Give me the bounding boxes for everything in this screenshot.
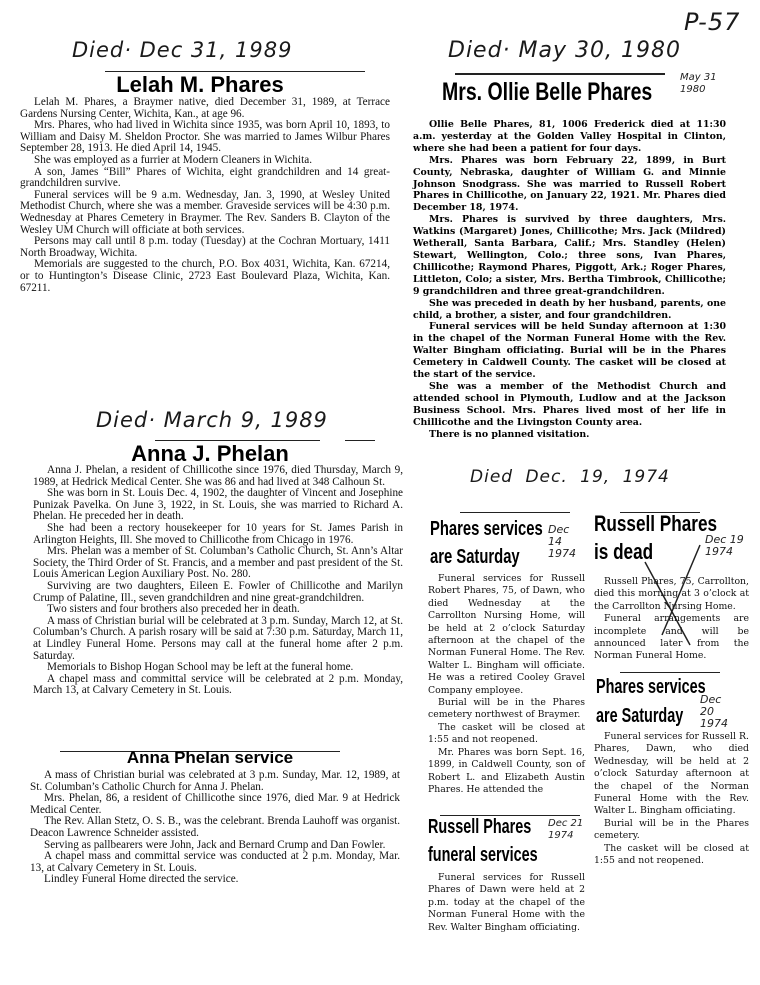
paragraph: She was born in St. Louis Dec. 4, 1902, … [33, 488, 403, 523]
paragraph: Funeral services for Russell Robert Phar… [428, 573, 585, 697]
paragraph: Lelah M. Phares, a Braymer native, died … [20, 97, 390, 120]
obituary-body-lelah: Lelah M. Phares, a Braymer native, died … [20, 97, 390, 294]
handwritten-date-russell: Died Dec. 19, 1974 [470, 468, 670, 486]
obituary-body-phares-saturday-1: Funeral services for Russell Robert Phar… [428, 573, 585, 796]
headline-line: Russell Phares [594, 510, 717, 538]
paragraph: Mrs. Phares is survived by three daughte… [413, 214, 726, 297]
margin-note-phares-saturday-2: Dec 20 1974 [700, 694, 736, 730]
headline-line: Phares services [430, 515, 543, 543]
margin-note-ollie: May 31 1980 [680, 72, 720, 96]
paragraph: Surviving are two daughters, Eileen E. F… [33, 581, 403, 604]
headline-lelah: Lelah M. Phares [60, 72, 340, 98]
paragraph: Funeral arrangements are incomplete and … [594, 613, 749, 663]
obituary-body-ollie: Ollie Belle Phares, 81, 1006 Frederick d… [413, 119, 726, 440]
paragraph: Funeral services will be held Sunday aft… [413, 321, 726, 381]
divider [460, 512, 570, 513]
paragraph: Mr. Phares was born Sept. 16, 1899, in C… [428, 747, 585, 797]
paragraph: The casket will be closed at 1:55 and no… [594, 843, 749, 868]
obituary-body-phares-saturday-2: Funeral services for Russell R. Phares, … [594, 731, 749, 867]
paragraph: Burial will be in the Phares cemetery. [594, 818, 749, 843]
divider [345, 440, 375, 441]
paragraph: A mass of Christian burial will be celeb… [33, 616, 403, 662]
paragraph: Burial will be in the Phares cemetery no… [428, 697, 585, 722]
margin-note-russell-dead: Dec 19 1974 [705, 534, 745, 558]
headline-russell-funeral: Russell Phares funeral services [428, 813, 538, 869]
divider [455, 73, 665, 75]
headline-line: are Saturday [596, 702, 706, 731]
headline-line: are Saturday [430, 543, 543, 571]
paragraph: She had been a rectory housekeeper for 1… [33, 523, 403, 546]
paragraph: Anna J. Phelan, a resident of Chillicoth… [33, 465, 403, 488]
headline-phares-saturday-2: Phares services are Saturday [596, 673, 706, 731]
headline-line: Russell Phares [428, 813, 538, 841]
paragraph: Memorials to Bishop Hogan School may be … [33, 662, 403, 674]
paragraph: A chapel mass and committal service will… [33, 674, 403, 697]
headline-ollie: Mrs. Ollie Belle Phares [442, 78, 652, 107]
obituary-body-russell-dead: Russell Phares, 75, Carrollton, died thi… [594, 576, 749, 663]
paragraph: Mrs. Phelan, 86, a resident of Chillicot… [30, 793, 400, 816]
paragraph: A son, James “Bill” Phares of Wichita, e… [20, 167, 390, 190]
page-marker: P-57 [684, 8, 740, 36]
paragraph: Russell Phares, 75, Carrollton, died thi… [594, 576, 749, 613]
headline-phares-saturday-1: Phares services are Saturday [430, 515, 543, 571]
paragraph: Funeral services for Russell R. Phares, … [594, 731, 749, 818]
handwritten-date-ollie: Died· May 30, 1980 [448, 38, 681, 63]
paragraph: Funeral services for Russell Phares of D… [428, 872, 585, 934]
paragraph: She was employed as a furrier at Modern … [20, 155, 390, 167]
margin-note-phares-saturday-1: Dec 14 1974 [548, 524, 584, 560]
paragraph: Two sisters and four brothers also prece… [33, 604, 403, 616]
paragraph: Memorials are suggested to the church, P… [20, 259, 390, 294]
headline-line: Phares services [596, 673, 706, 702]
paragraph: There is no planned visitation. [413, 429, 726, 441]
paragraph: A mass of Christian burial was celebrate… [30, 770, 400, 793]
paragraph: Mrs. Phelan was a member of St. Columban… [33, 546, 403, 581]
paragraph: Ollie Belle Phares, 81, 1006 Frederick d… [413, 119, 726, 155]
paragraph: Persons may call until 8 p.m. today (Tue… [20, 236, 390, 259]
paragraph: Mrs. Phares, who had lived in Wichita si… [20, 120, 390, 155]
obituary-body-anna: Anna J. Phelan, a resident of Chillicoth… [33, 465, 403, 697]
paragraph: The Rev. Allan Stetz, O. S. B., was the … [30, 816, 400, 839]
paragraph: A chapel mass and committal service was … [30, 851, 400, 874]
handwritten-date-lelah: Died· Dec 31, 1989 [72, 38, 292, 62]
obituary-body-anna-service: A mass of Christian burial was celebrate… [30, 770, 400, 886]
headline-anna-service: Anna Phelan service [100, 748, 320, 768]
margin-note-russell-funeral: Dec 21 1974 [548, 818, 584, 842]
paragraph: Mrs. Phares was born February 22, 1899, … [413, 155, 726, 215]
paragraph: The casket will be closed at 1:55 and no… [428, 722, 585, 747]
headline-line: funeral services [428, 841, 538, 869]
handwritten-date-anna: Died· March 9, 1989 [96, 408, 328, 432]
paragraph: Funeral services will be 9 a.m. Wednesda… [20, 190, 390, 236]
paragraph: Lindley Funeral Home directed the servic… [30, 874, 400, 886]
obituary-body-russell-funeral: Funeral services for Russell Phares of D… [428, 872, 585, 934]
paragraph: She was a member of the Methodist Church… [413, 381, 726, 429]
paragraph: She was preceded in death by her husband… [413, 298, 726, 322]
